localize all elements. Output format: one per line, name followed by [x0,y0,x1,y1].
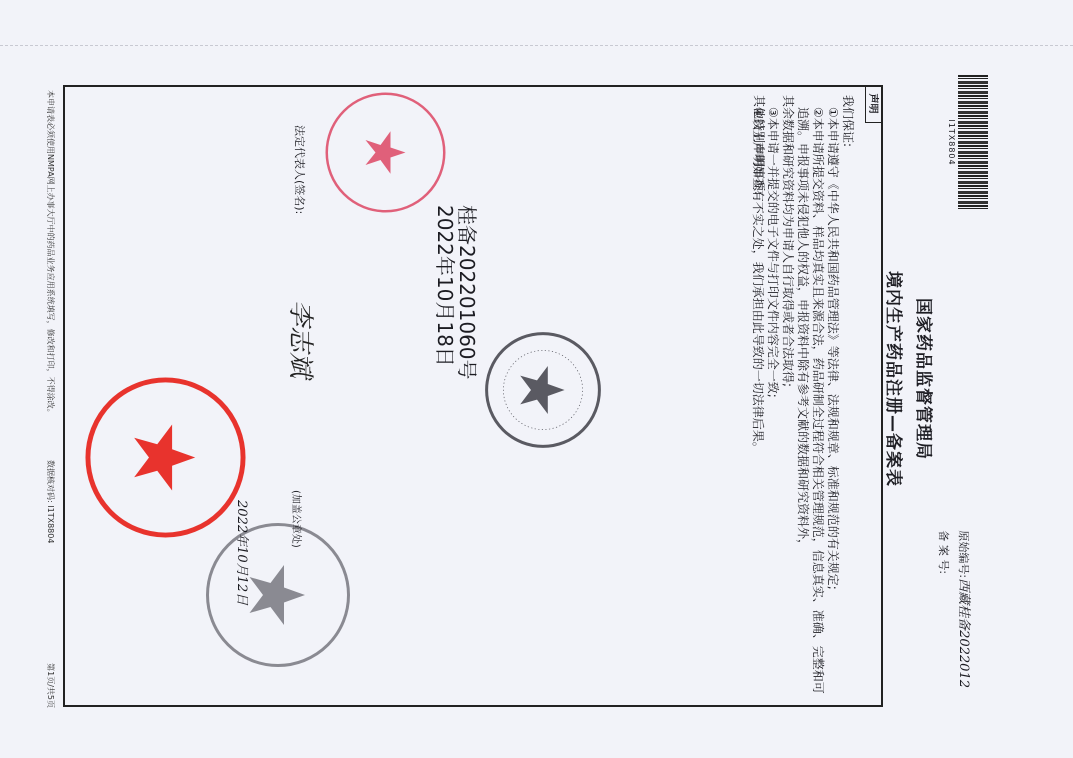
declaration-tab: 声明 [865,85,883,123]
declaration-item: 其余数据和研究资料均为申请人自行取得或者合法取得; [780,95,795,695]
star-seal-icon [203,520,353,670]
filing-date: 2022年10月18日 [434,205,456,380]
checksum-label: 数据核对码: [46,460,55,503]
declaration-intro: 我们保证: [840,95,855,695]
footer-checksum: 数据核对码: I1TX8804 [45,460,56,543]
form-title: 境内生产药品注册—备案表 [883,0,908,758]
agency-title: 国家药品监督管理局 [913,0,938,758]
star-seal-icon [483,330,603,450]
manufacturer-stamp-red [83,375,248,540]
original-number-value: 西藏桂备2022012 [956,578,971,688]
star-seal-icon [323,90,448,215]
declaration-item: ②本申请所提交资料、样品均真实且来源合法，药品研制全过程符合相关管理规范，信息真… [795,95,825,695]
original-number-label: 原始编号: [957,530,970,578]
star-seal-icon [83,375,248,540]
document-page: I1TX8804 原始编号:西藏桂备2022012 备 案 号: 国家药品监督管… [0,0,1073,758]
barcode-bars [958,75,988,210]
page-number: 第1页/共5页 [45,663,56,708]
barcode-number: I1TX8804 [947,75,956,210]
regulator-stamp [483,330,603,450]
stamp-placement-note: (加盖公章处) [290,490,305,548]
legal-rep-label: 法定代表人(签名): [292,125,308,214]
special-statement-label: 其他特别申明事项: [751,95,768,195]
footer-notice: 本申请表必须使用NMPA网上办事大厅中的药品业务应用系统填写，修改和打印，不得涂… [45,90,56,417]
handwritten-date: 2022年10月12日 [234,500,253,605]
original-number-block: 原始编号:西藏桂备2022012 备 案 号: [933,530,973,688]
manufacturer-stamp-gray [203,520,353,670]
filing-number: 桂备202201060号 [456,205,478,380]
applicant-stamp [323,90,448,215]
declaration-item: ①本申请遵守《中华人民共和国药品管理法》等法律、法规和规章、标准和规范的有关规定… [825,95,840,695]
checksum-value: I1TX8804 [46,505,55,543]
handwritten-signature: 李志斌 [284,300,321,378]
filing-stamp: 桂备202201060号 2022年10月18日 [434,205,478,380]
